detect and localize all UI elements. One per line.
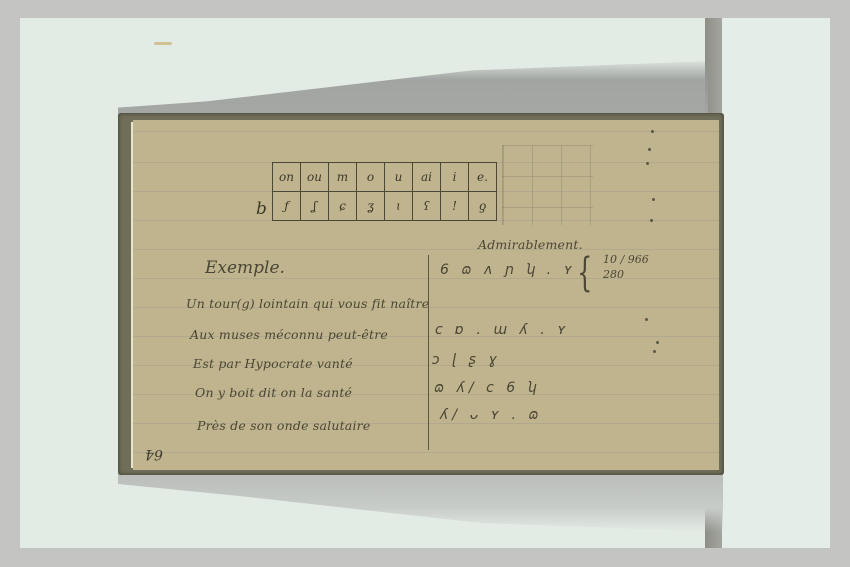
sign-cell: ɩ	[385, 192, 413, 221]
sign-cell: ɕ	[329, 192, 357, 221]
vowel-cell: i	[441, 163, 469, 192]
margin-note-line: 280	[603, 268, 624, 281]
sign-cell: ʓ	[357, 192, 385, 221]
table-row-label: b	[256, 199, 267, 219]
sign-cell: ƒ	[273, 192, 301, 221]
table-row-signs: ƒ ʆ ɕ ʓ ɩ ʕ ! ƍ	[273, 192, 497, 221]
steno-line: ɔ ɭ ʂ ɣ	[432, 352, 501, 368]
vowel-cell: e.	[469, 163, 497, 192]
mat-speck	[154, 42, 172, 45]
column-divider	[428, 255, 429, 450]
verse-line: Un tour(g) lointain qui vous fit naître	[186, 296, 429, 311]
steno-line: ᴄ ɒ . ɯ ʎ . ʏ	[435, 322, 570, 338]
vowel-cell: u	[385, 163, 413, 192]
faint-grid-lines	[502, 145, 593, 225]
vowel-cell: o	[357, 163, 385, 192]
sign-cell: !	[441, 192, 469, 221]
vowel-cell: on	[273, 163, 301, 192]
vowel-cell: m	[329, 163, 357, 192]
steno-line: 6 ɷ ʌ ɲ ʮ . ʏ	[440, 262, 576, 278]
ink-dot	[651, 130, 654, 133]
verse-line: Aux muses méconnu peut-être	[190, 327, 388, 342]
ink-dot	[645, 318, 648, 321]
brace-symbol: {	[577, 250, 592, 296]
verse-line: Est par Hypocrate vanté	[193, 356, 353, 371]
verse-line: On y boit dit on la santé	[195, 385, 352, 400]
mount-right-panel	[722, 18, 830, 548]
steno-line: ʎ/ ᴗ ʏ . ɷ	[440, 407, 543, 423]
table-row-vowels: on ou m o u ai i e.	[273, 163, 497, 192]
ink-dot	[648, 148, 651, 151]
steno-line: ɷ ʎ/ ᴄ 6 ʮ	[434, 380, 540, 396]
example-heading: Exemple.	[205, 258, 285, 278]
page-number: 64	[145, 446, 163, 462]
vowel-sign-table: on ou m o u ai i e. ƒ ʆ ɕ ʓ ɩ ʕ ! ƍ	[272, 162, 497, 221]
verse-line: Près de son onde salutaire	[197, 418, 370, 433]
vowel-cell: ou	[301, 163, 329, 192]
sign-cell: ʕ	[413, 192, 441, 221]
sign-cell: ƍ	[469, 192, 497, 221]
ink-dot	[646, 162, 649, 165]
admirablement-heading: Admirablement.	[478, 237, 583, 252]
ink-dot	[650, 219, 653, 222]
margin-note-line: 10 / 966	[603, 253, 649, 266]
ink-dot	[652, 198, 655, 201]
sign-cell: ʆ	[301, 192, 329, 221]
ink-dot	[653, 350, 656, 353]
ink-dot	[656, 341, 659, 344]
vowel-cell: ai	[413, 163, 441, 192]
